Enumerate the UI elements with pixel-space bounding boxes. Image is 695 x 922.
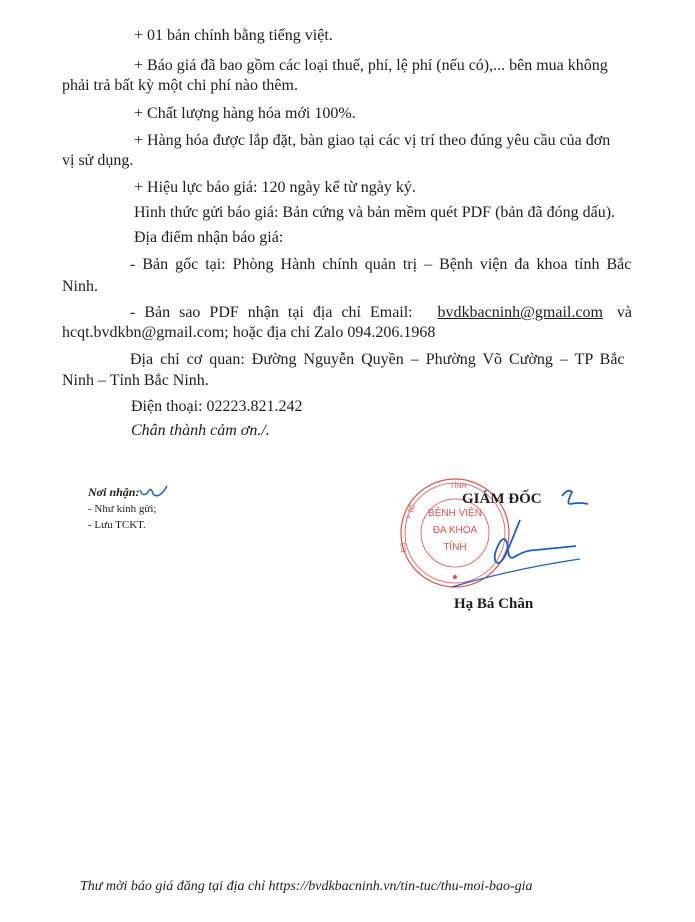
svg-text:ĐA KHOA: ĐA KHOA [433, 525, 478, 536]
signer-name: Hạ Bá Chân [454, 596, 533, 613]
stamp-signature-graphics: BỆNH VIỆN ĐA KHOA TỈNH TỈNH Y TẾ ĐS [0, 0, 695, 922]
svg-text:Y TẾ: Y TẾ [402, 503, 417, 521]
footer-note: Thư mời báo giá đăng tại địa chỉ https:/… [80, 879, 533, 895]
svg-text:TỈNH: TỈNH [443, 540, 466, 553]
svg-text:ĐS: ĐS [400, 542, 408, 553]
svg-text:TỈNH: TỈNH [450, 481, 466, 490]
signer-position: GIÁM ĐỐC [462, 491, 542, 508]
initial-mark-icon [140, 486, 167, 496]
